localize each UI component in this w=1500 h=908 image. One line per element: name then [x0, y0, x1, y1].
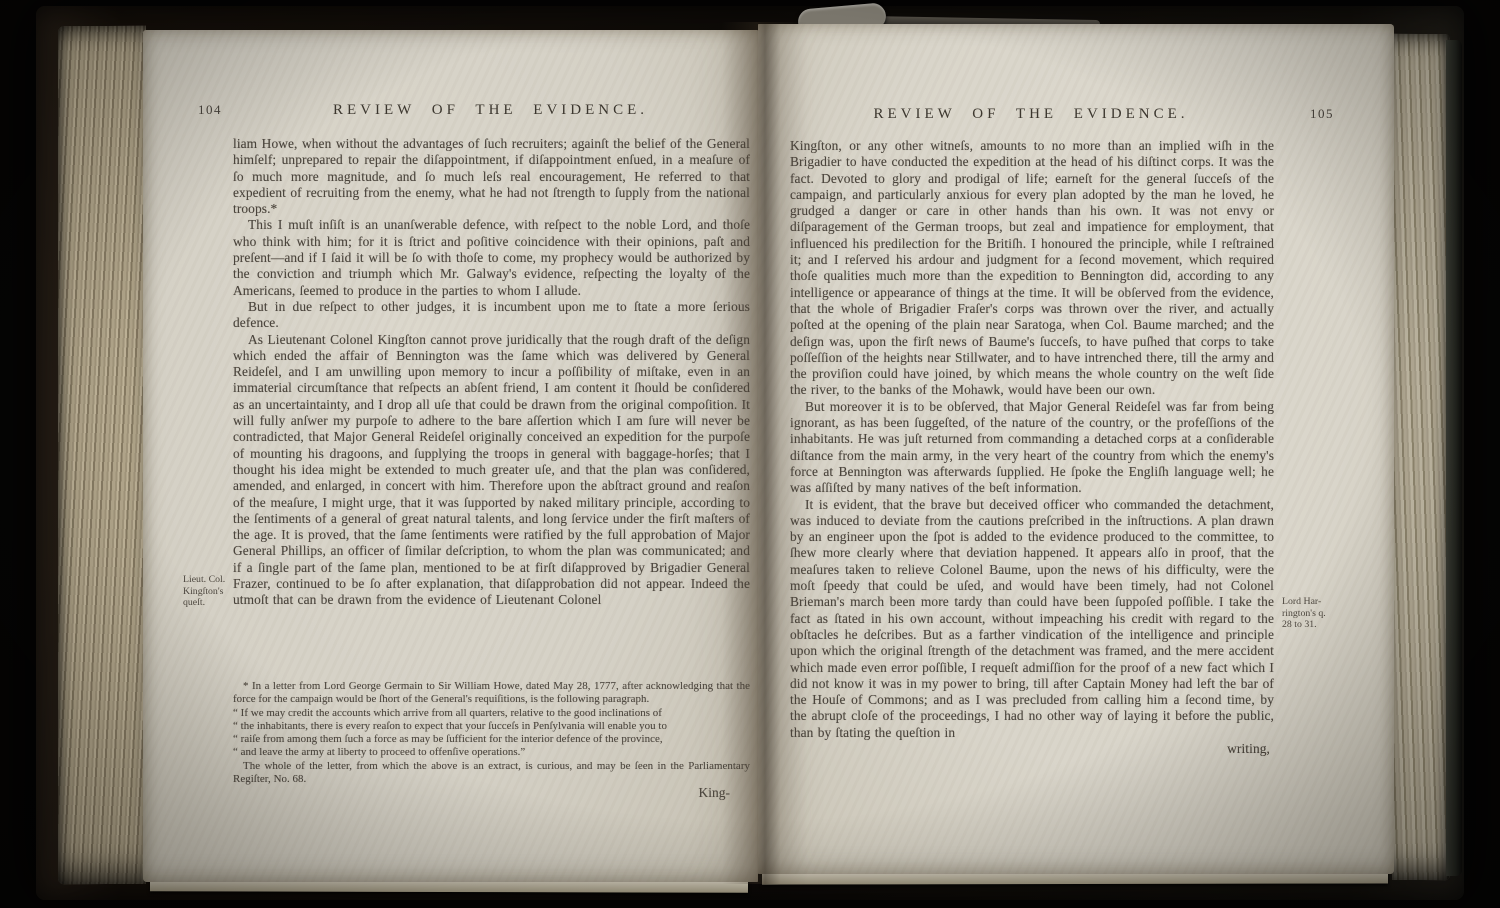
- footnote-quote-line: “ raiſe from among them ſuch a force as …: [233, 733, 750, 746]
- body-paragraph: But moreover it is to be obſerved, that …: [790, 399, 1274, 497]
- right-cover-edge: [1446, 40, 1462, 876]
- catchword-left: King-: [233, 786, 750, 799]
- running-head-left: REVIEW OF THE EVIDENCE.: [233, 102, 748, 119]
- body-paragraph: liam Howe, when without the advantages o…: [233, 136, 750, 217]
- body-text-left: liam Howe, when without the advantages o…: [233, 136, 750, 609]
- margin-note-left: Lieut. Col. Kingſton's queſt.: [183, 574, 241, 609]
- body-paragraph: Kingſton, or any other witneſs, amounts …: [790, 138, 1274, 399]
- footnote-line: The whole of the letter, from which the …: [233, 760, 750, 787]
- body-paragraph: It is evident, that the brave but deceiv…: [790, 497, 1274, 741]
- margin-note-right: Lord Har- rington's q. 28 to 31.: [1282, 596, 1346, 631]
- body-paragraph: As Lieutenant Colonel Kingſton cannot pr…: [233, 332, 750, 609]
- running-head-right: REVIEW OF THE EVIDENCE.: [788, 106, 1274, 123]
- right-page: REVIEW OF THE EVIDENCE. 105 Kingſton, or…: [758, 24, 1394, 874]
- page-number-right: 105: [1310, 106, 1334, 122]
- book-photograph: 104 REVIEW OF THE EVIDENCE. liam Howe, w…: [0, 0, 1500, 908]
- footnote-line: * In a letter from Lord George Germain t…: [233, 680, 750, 707]
- page-number-left: 104: [198, 102, 222, 118]
- right-page-stack-edge: [1392, 34, 1450, 880]
- left-page-stack-edge: [58, 26, 146, 884]
- left-page: 104 REVIEW OF THE EVIDENCE. liam Howe, w…: [143, 30, 758, 882]
- body-paragraph: But in due reſpect to other judges, it i…: [233, 299, 750, 332]
- body-paragraph: This I muſt inſiſt is an unanſwerable de…: [233, 217, 750, 298]
- body-text-right: Kingſton, or any other witneſs, amounts …: [790, 138, 1274, 757]
- footnote-left: * In a letter from Lord George Germain t…: [233, 680, 750, 800]
- footnote-quote-line: “ and leave the army at liberty to proce…: [233, 746, 750, 759]
- footnote-quote-line: “ If we may credit the accounts which ar…: [233, 707, 750, 720]
- footnote-quote-line: “ the inhabitants, there is every reaſon…: [233, 720, 750, 733]
- catchword-right: writing,: [790, 741, 1274, 757]
